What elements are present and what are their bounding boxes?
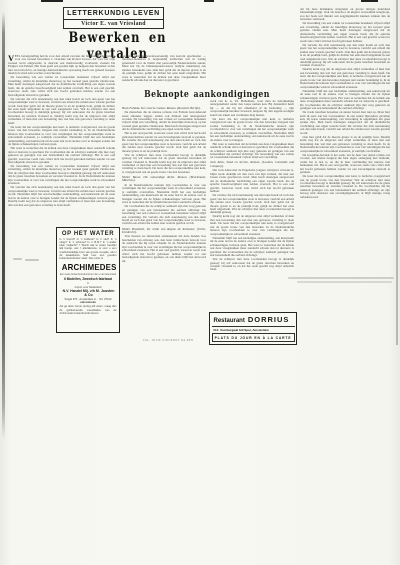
paragraph: Het ware te wenschen dat de kritiek aan … bbox=[210, 143, 294, 160]
dorrius-ad: Restaurant DORRIUS N.Z. Voorburgwal b/d … bbox=[209, 312, 297, 345]
paragraph: De menschen die de nieuwe romans van Fal… bbox=[122, 111, 206, 132]
restaurant-name-row: Restaurant DORRIUS bbox=[212, 315, 295, 327]
paragraph: De bewerking van een roman tot tooneelst… bbox=[300, 22, 390, 43]
section-label: LETTERKUNDIG LEVEN bbox=[64, 8, 163, 20]
column-2-article: bepaald achttiendelevensweevendig van ko… bbox=[122, 55, 206, 88]
paragraph: werk van K. A. Th. Hellemans, waar men d… bbox=[210, 100, 294, 117]
archimedes-ad: OP HET WATER Is 'n boord? In 'n zeilboot… bbox=[56, 227, 120, 333]
paragraph: De lezer die het oorspronkelijke niet ke… bbox=[210, 118, 294, 142]
scan-edge-right-dash-artifact bbox=[395, 82, 398, 97]
top-tear-mark bbox=[361, 0, 378, 2]
ad-verse: Is 'n boord? In 'n zeilboot? In 'n vlet?… bbox=[60, 238, 117, 260]
paragraph: In de Nederlandsche letteren zijn voorbe… bbox=[122, 184, 206, 205]
book-listing: Jack Allen, Zand en sterren. Roman. (Lon… bbox=[210, 161, 294, 168]
paragraph: Wat de schrijver met deze voorbeelden be… bbox=[122, 154, 206, 175]
ad-closing-text: Als ge deze zomer prettig wilt varen, vr… bbox=[60, 305, 117, 315]
top-tear-mark bbox=[41, 0, 63, 2]
paragraph: Vast moeten we intusschen aanteekenen da… bbox=[122, 235, 206, 263]
paragraph: De vertaler die zich nauwkeurig aan den … bbox=[8, 186, 115, 207]
pencil-smudge-artifact bbox=[25, 259, 39, 261]
paragraph: De bewerking van een roman tot tooneelst… bbox=[8, 165, 115, 186]
scan-edge-right-artifact bbox=[396, 0, 398, 345]
paragraph: bepaald achttiendelevensweevendig van ko… bbox=[122, 55, 206, 83]
ad-header: OP HET WATER bbox=[60, 231, 117, 237]
paragraph: Daarbij komt nog dat de uitgevers niet a… bbox=[300, 68, 390, 89]
ad-subline: ook motoren bbox=[60, 301, 117, 304]
drop-cap: V bbox=[8, 55, 15, 62]
ad-brand-name: ARCHIMEDES bbox=[61, 262, 115, 272]
author-name: Victor E. van Vriesland bbox=[64, 20, 163, 29]
paragraph: Ook hier geldt dat de theorie grauw is e… bbox=[300, 136, 390, 153]
paragraph: Het is een oud geschil, waarover reeds v… bbox=[122, 132, 206, 153]
paragraph: Dat Jack Allen met de Engelsche jongere … bbox=[210, 169, 294, 193]
paragraph: De bewerking van een roman tot tooneelst… bbox=[8, 76, 115, 97]
paragraph: De lezer die het oorspronkelijke niet ke… bbox=[8, 126, 115, 147]
paragraph: Niettemin blijft het een hachelijke onde… bbox=[210, 237, 294, 258]
paragraph: Niettemin blijft het een hachelijke onde… bbox=[300, 90, 390, 111]
newspaper-page: LETTERKUNDIG LEVEN Victor E. van Vriesla… bbox=[0, 0, 400, 565]
paragraph: VEEL belangstelling heb ik voor den arbe… bbox=[8, 55, 115, 76]
bullet-icon: • bbox=[60, 281, 117, 285]
column-3: werk van K. A. Th. Hellemans, waar men d… bbox=[210, 100, 294, 303]
book-listing: Walter Bauer, Die notwendige Reise. Roma… bbox=[122, 176, 206, 183]
scan-edge-left-artifact bbox=[2, 12, 5, 440]
faded-print-streak bbox=[288, 277, 394, 279]
ad-tagline: Een serie buitenboordmotoren die u niet … bbox=[60, 273, 117, 276]
column-2-announcements: Hans Fallada, Der eiserne Gustav. Roman.… bbox=[122, 105, 206, 335]
paragraph: De voorbeelden die de schrijver aanhaalt… bbox=[122, 205, 206, 226]
column-1: VEEL belangstelling heb ik voor den arbe… bbox=[8, 55, 115, 223]
footer-caption: VGL. IN DE GINGERNT NA REN bbox=[118, 338, 218, 342]
paragraph: De vrede tusschen bewerker en auteur ber… bbox=[300, 111, 390, 135]
restaurant-brand-name: DORRIUS bbox=[248, 315, 290, 324]
restaurant-address: N.Z. Voorburgwal b/d Spui, Amsterdam bbox=[212, 327, 295, 333]
paragraph: dat bij deze indrukken, integralen en gr… bbox=[300, 8, 390, 22]
masthead-box: LETTERKUNDIG LEVEN Victor E. van Vriesla… bbox=[63, 7, 164, 29]
restaurant-menu-strip: PLATS DU JOUR EN À LA CARTE bbox=[212, 333, 295, 342]
paragraph: Wat de schrijver met deze voorbeelden be… bbox=[210, 258, 294, 272]
restaurant-prefix: Restaurant bbox=[214, 318, 245, 324]
paragraph: De vertaler die zich nauwkeurig aan den … bbox=[210, 194, 294, 215]
announcements-heading: Beknopte aankondigingen bbox=[141, 89, 272, 100]
paragraph: Daarbij komt nog dat de uitgevers niet a… bbox=[210, 215, 294, 236]
paragraph: De lezer die het oorspronkelijke niet ke… bbox=[300, 175, 390, 199]
ad-company-name: N.V. Handel Mij. v/h M. Joosten & Co bbox=[61, 289, 116, 297]
pencil-smudge-artifact bbox=[13, 258, 22, 260]
top-tear-mark bbox=[204, 0, 214, 2]
paragraph: Het ware te wenschen dat de kritiek aan … bbox=[8, 147, 115, 164]
book-listing: Walter Brandrell, De vrede van Regine de… bbox=[122, 228, 206, 235]
paragraph: De koopman-heroïek is het oude, dat de h… bbox=[300, 154, 390, 175]
faded-print-streak bbox=[297, 281, 392, 283]
paragraph: De vertaler die zich nauwkeurig aan den … bbox=[8, 98, 115, 126]
paragraph: De vertaler die zich nauwkeurig aan den … bbox=[300, 44, 390, 68]
column-4: dat bij deze indrukken, integralen en gr… bbox=[300, 8, 390, 257]
